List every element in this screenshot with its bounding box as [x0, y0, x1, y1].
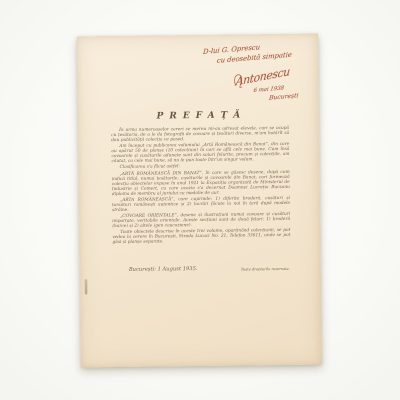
- dedication-place: București: [269, 92, 299, 102]
- preface-paragraph: Toate obiectele descrise în aceste trei …: [112, 229, 290, 246]
- dateline-row: București: 1 August 1935. Toate drepturi…: [113, 265, 291, 267]
- dateline: București: 1 August 1935.: [129, 266, 198, 273]
- preface-paragraph: „ARTA ROMÂNEASCĂ”, care cuprinde: 1) dif…: [112, 197, 290, 214]
- photo-backdrop: { "photo": { "background_color": "#fafaf…: [0, 0, 400, 400]
- handwritten-dedication: D-lui G. Oprescu cu deosebită simpatie A…: [203, 39, 321, 120]
- preface-paragraph: „ARTĂ ROMÂNEASCĂ DIN BANAT”, în care se …: [112, 171, 290, 198]
- rights-notice: Toate drepturile rezervate.: [241, 266, 290, 271]
- preface-paragraph: Am început cu publicarea volumului „Artă…: [111, 143, 289, 165]
- document-paper: D-lui G. Oprescu cu deosebită simpatie A…: [77, 34, 322, 368]
- dedication-date: 6 mai 1938: [253, 85, 284, 94]
- preface-body: În urma numeroaselor cereri ce mereu mi-…: [111, 127, 290, 248]
- preface-paragraph: În urma numeroaselor cereri ce mereu mi-…: [111, 127, 289, 144]
- preface-paragraph: „COVOARE ORIENTALE”, desene și ilustrați…: [112, 213, 290, 230]
- page-title: PREFAȚĂ: [78, 110, 319, 123]
- staple-icon: [85, 279, 87, 294]
